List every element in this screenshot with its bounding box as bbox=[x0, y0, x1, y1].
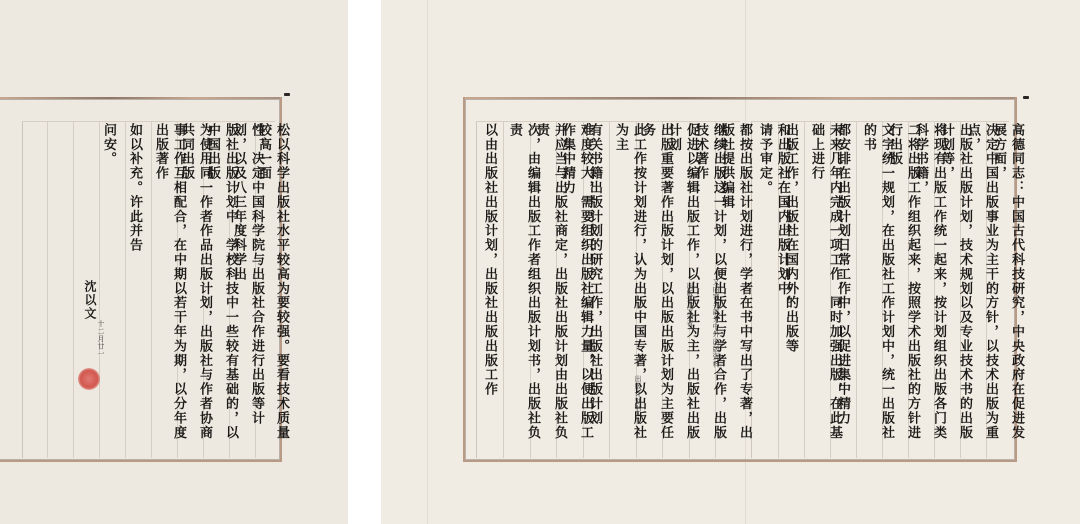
margin-annotation: 出版计划书 bbox=[629, 375, 647, 425]
red-seal-icon bbox=[78, 368, 100, 390]
manuscript-column: 和出版社在国内出版计划中，请予审定。 bbox=[755, 123, 791, 313]
right-manuscript-page: 高德同志：中国古代科技研究，中央政府在促进发展方面， 决定中国出版事业为主干的方… bbox=[381, 0, 1080, 524]
manuscript-column: 次，由编辑出版工作者组织出版计划书，出版社负责 bbox=[505, 123, 541, 453]
signature-date: 十二月廿一 bbox=[92, 320, 110, 358]
frame-top-rule bbox=[0, 97, 280, 99]
column-rule bbox=[47, 122, 48, 458]
column-rule bbox=[503, 122, 504, 458]
signature: 沈以文 bbox=[81, 280, 99, 320]
margin-annotation: 又内容与部分中外出版资料 bbox=[707, 278, 725, 368]
manuscript-column: 问安。 bbox=[99, 123, 117, 183]
manuscript-column: 事工作互相配合，在中期以若干年为期，以分年度出版著作 bbox=[151, 123, 187, 453]
paper-fold bbox=[427, 0, 428, 524]
margin-annotation: 出版社与学者 bbox=[681, 282, 699, 342]
manuscript-column: 如以补充。许此并告 bbox=[125, 123, 143, 253]
frame-top-rule bbox=[465, 97, 1015, 99]
manuscript-column: 以由出版社出版计划，出版社出版出版工作 bbox=[480, 123, 498, 453]
left-manuscript-page: 松以科学出版社水平较高为要较强。要看技术质量较高一面 性，决定中国科学院与出版社… bbox=[0, 0, 348, 524]
page-mark bbox=[284, 93, 290, 96]
page-mark bbox=[1023, 96, 1029, 99]
page-gap bbox=[348, 0, 381, 524]
column-rule bbox=[73, 122, 74, 458]
column-rule bbox=[804, 122, 805, 458]
manuscript-column: 文字统一规划，在出版社工作计划中，统一出版社的书 bbox=[859, 123, 895, 453]
column-rule bbox=[856, 122, 857, 458]
manuscript-column: 未来几年内完成一项工作，同时加强出版，在此基础上进行 bbox=[807, 123, 843, 453]
column-rule bbox=[609, 122, 610, 458]
